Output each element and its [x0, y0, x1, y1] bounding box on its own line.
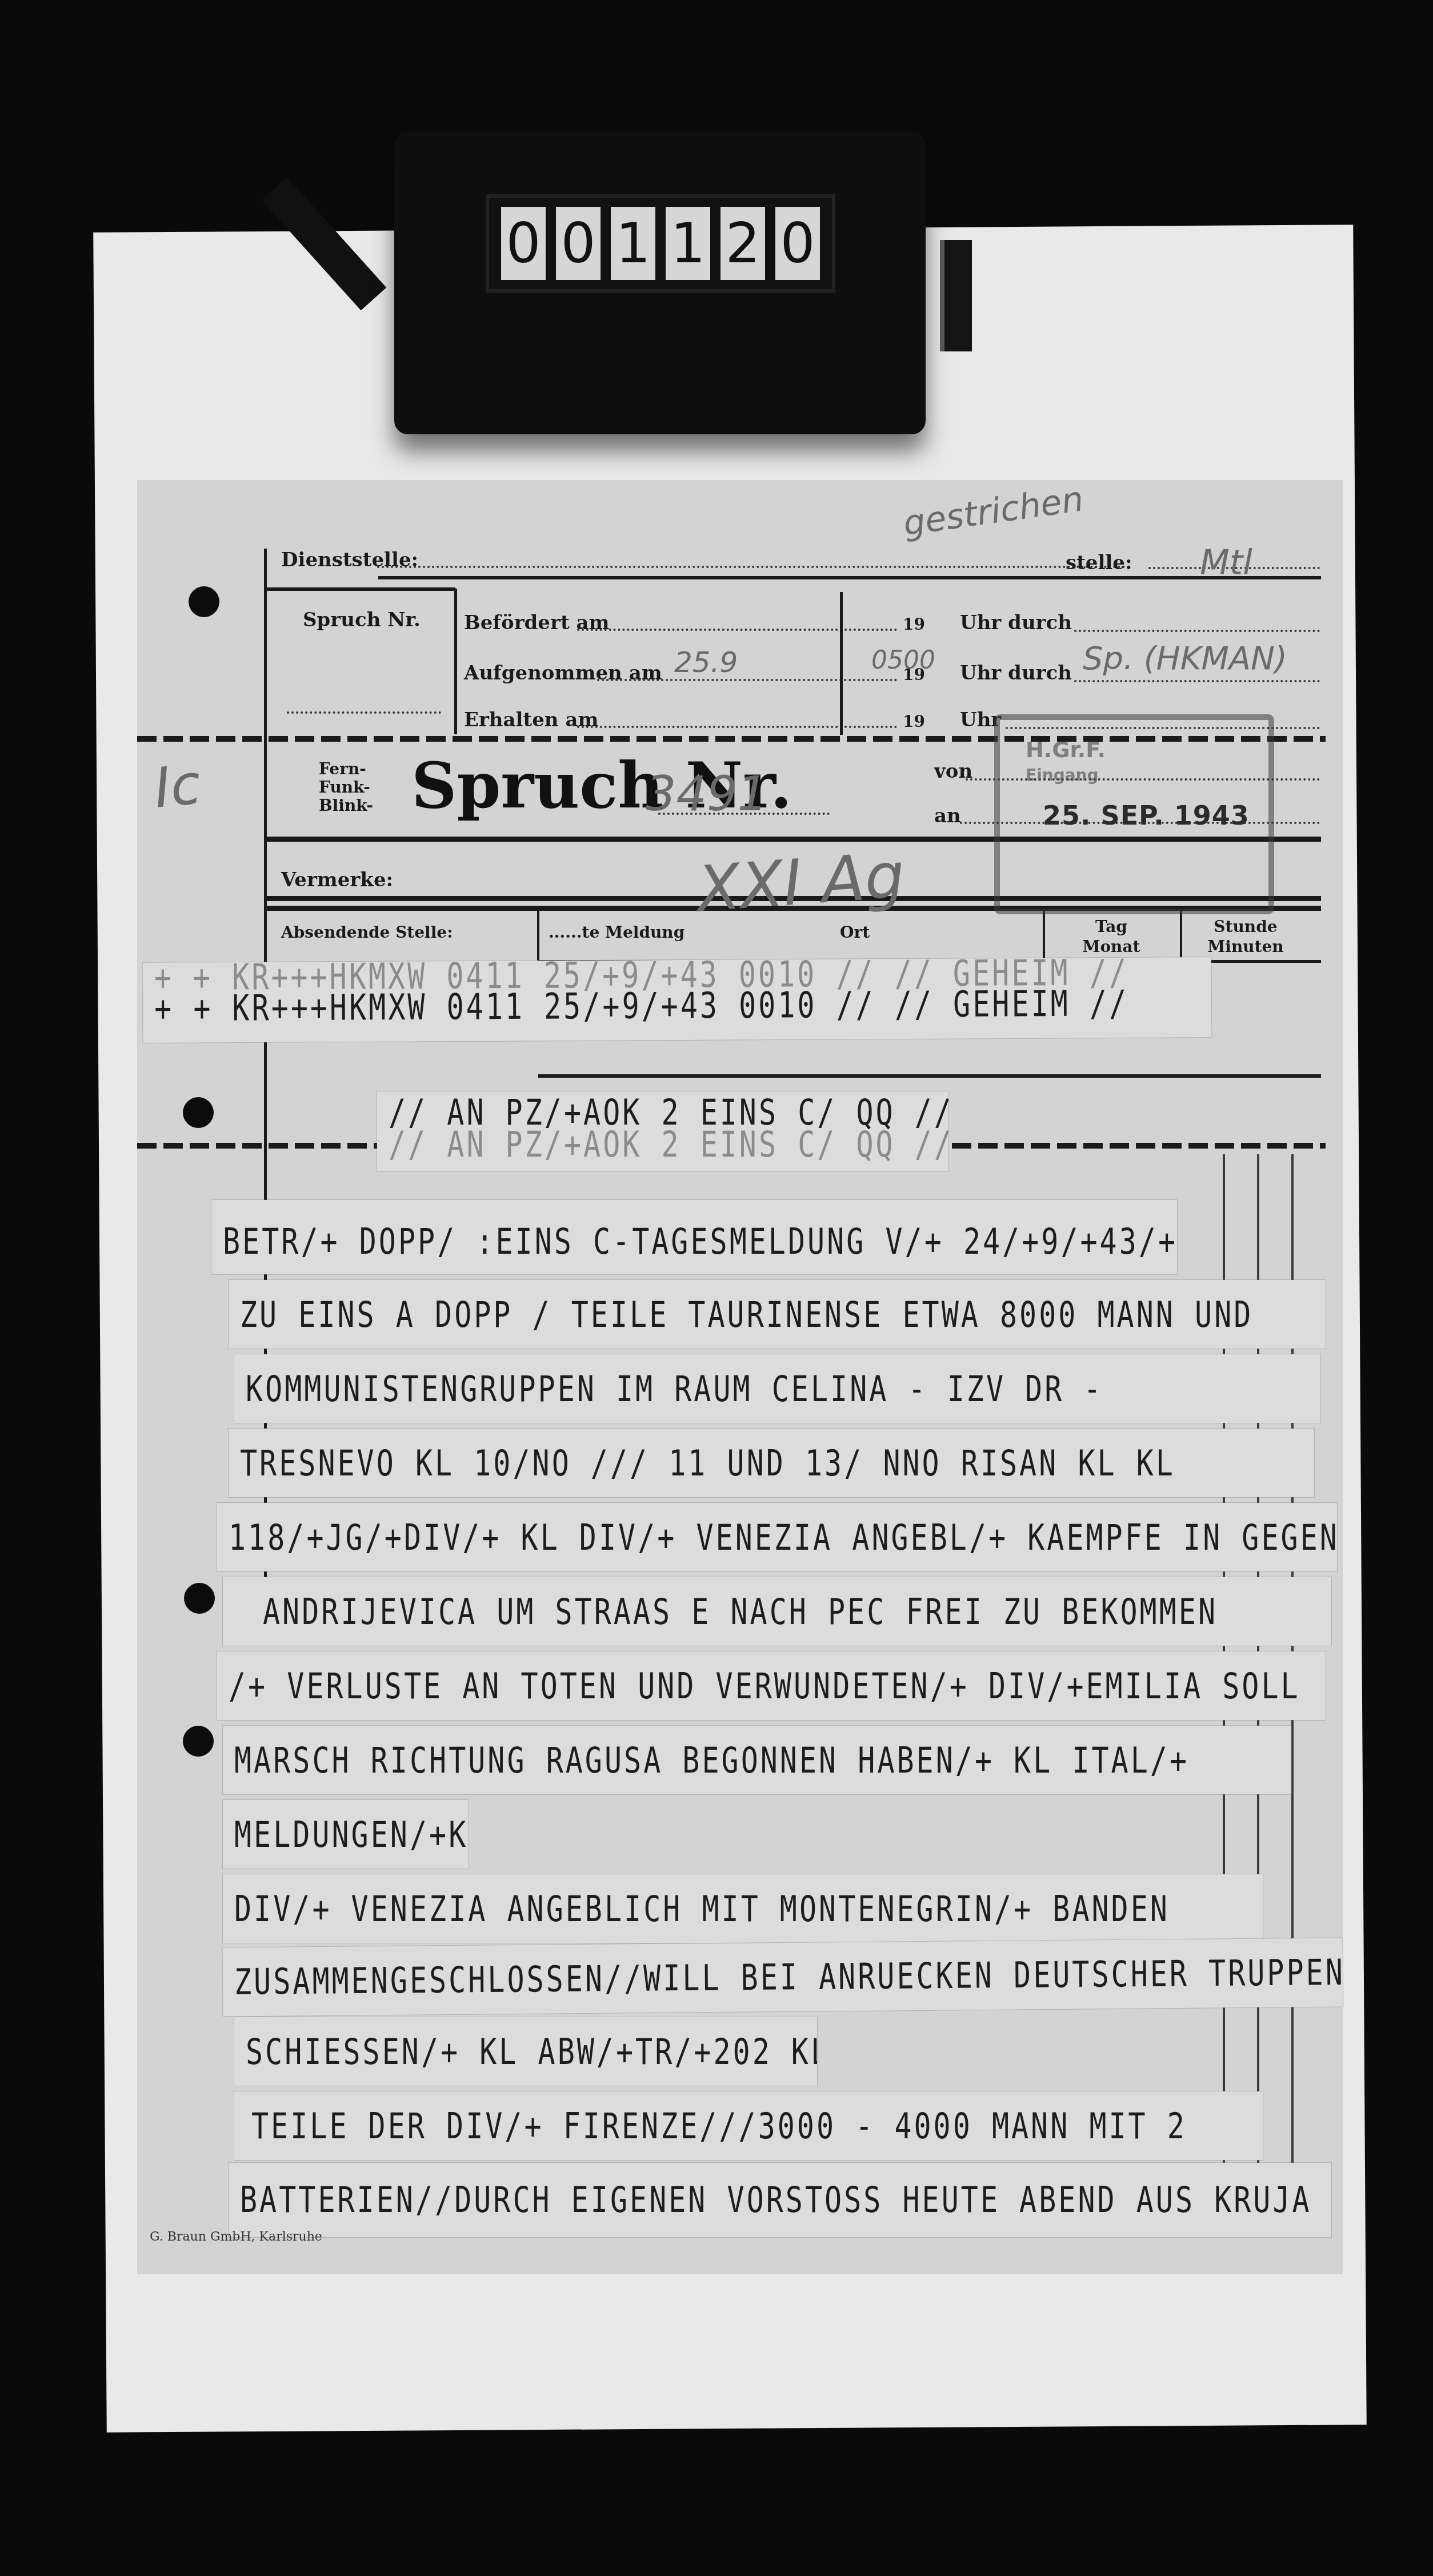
befoerdert-year: 19	[903, 615, 925, 634]
teletype-line-ghost: // AN PZ/+AOK 2 EINS C/ QQ // /	[389, 1123, 948, 1165]
erhalten-year: 19	[903, 712, 925, 731]
handwritten-stelle-note: gestrichen	[901, 479, 1086, 543]
handwritten-spruch-number: 3491	[646, 766, 768, 822]
teletype-tape-header: + + KR+++HKMXW 0411 25/+9/+43 0010 // //…	[143, 957, 1212, 1043]
teletype-tape: /+ VERLUSTE AN TOTEN UND VERWUNDETEN/+ D…	[217, 1651, 1326, 1720]
meldung-header: ......te Meldung	[549, 923, 685, 942]
counter-digit: 0	[501, 207, 546, 280]
uhr-divider	[840, 592, 843, 735]
counter-digit: 1	[611, 207, 655, 280]
funk-label: Funk-	[319, 778, 370, 797]
counter-digit: 1	[666, 207, 710, 280]
teletype-tape: DIV/+ VENEZIA ANGEBLICH MIT MONTENEGRIN/…	[223, 1874, 1263, 1943]
spruch-nr-box-label: Spruch Nr.	[303, 609, 421, 631]
stamp-faint-top: H.Gr.F.	[1026, 737, 1106, 762]
punch-hole	[183, 1097, 214, 1128]
teletype-tape: ANDRIJEVICA UM STRAAS E NACH PEC FREI ZU…	[223, 1577, 1331, 1646]
teletype-tape: BATTERIEN//DURCH EIGENEN VORSTOSS HEUTE …	[229, 2163, 1331, 2237]
punch-hole	[189, 586, 219, 617]
printer-imprint: G. Braun GmbH, Karlsruhe	[150, 2230, 322, 2244]
counter-lever	[940, 240, 972, 351]
erhalten-field[interactable]	[577, 726, 897, 728]
teletype-line: + + KR+++HKMXW 0411 25/+9/+43 0010 // //…	[154, 983, 1128, 1029]
stunde-header: Stunde	[1194, 917, 1297, 936]
teletype-tape: MELDUNGEN/+KL	[223, 1800, 469, 1869]
teletype-line: SCHIESSEN/+ KL ABW/+TR/+202 KL	[246, 2031, 817, 2073]
uhr-durch-field-1[interactable]	[1074, 630, 1320, 632]
teletype-tape: 118/+JG/+DIV/+ KL DIV/+ VENEZIA ANGEBL/+…	[217, 1503, 1337, 1571]
spruch-box-top	[264, 587, 455, 591]
teletype-line: DIV/+ VENEZIA ANGEBLICH MIT MONTENEGRIN/…	[234, 1888, 1170, 1930]
stamp-faint-middle: Eingang	[1026, 766, 1099, 785]
handwritten-time: 0500	[871, 646, 935, 675]
address-rule	[538, 1074, 1321, 1078]
monat-header: Monat	[1074, 937, 1148, 956]
handwritten-vermerke-note: XXI Ag	[695, 838, 907, 926]
teletype-line: TRESNEVO KL 10/NO /// 11 UND 13/ NNO RIS…	[240, 1442, 1175, 1484]
punch-hole	[184, 1583, 215, 1614]
teletype-line: BETR/+ DOPP/ :EINS C-TAGESMELDUNG V/+ 24…	[223, 1221, 1177, 1262]
handwritten-received-by: Sp. (HKMAN)	[1083, 640, 1287, 677]
vermerke-label: Vermerke:	[281, 869, 393, 891]
teletype-line: MARSCH RICHTUNG RAGUSA BEGONNEN HABEN/+ …	[234, 1739, 1189, 1781]
spruch-form: Dienststelle: stelle: Spruch Nr. Beförde…	[137, 480, 1343, 2274]
uhr-durch-label-1: Uhr durch	[960, 611, 1072, 634]
befoerdert-label: Befördert am	[464, 611, 609, 634]
frame-counter-display: 0 0 1 1 2 0	[486, 194, 835, 293]
header-rule	[378, 576, 1321, 579]
teletype-tape: TRESNEVO KL 10/NO /// 11 UND 13/ NNO RIS…	[229, 1429, 1314, 1497]
counter-digit: 0	[775, 207, 820, 280]
absendende-stelle-header: Absendende Stelle:	[281, 923, 453, 942]
handwritten-margin-note: Ic	[151, 752, 203, 821]
dienststelle-field[interactable]	[377, 566, 1126, 568]
teletype-line: KOMMUNISTENGRUPPEN IM RAUM CELINA - IZV …	[246, 1368, 1103, 1410]
teletype-tape: ZU EINS A DOPP / TEILE TAURINENSE ETWA 8…	[229, 1280, 1326, 1349]
blink-label: Blink-	[319, 797, 373, 815]
teletype-tape: SCHIESSEN/+ KL ABW/+TR/+202 KL	[234, 2017, 817, 2086]
counter-digit: 2	[720, 207, 765, 280]
teletype-tape: KOMMUNISTENGRUPPEN IM RAUM CELINA - IZV …	[234, 1354, 1320, 1423]
teletype-line: 118/+JG/+DIV/+ KL DIV/+ VENEZIA ANGEBL/+…	[229, 1517, 1337, 1558]
teletype-tape: TEILE DER DIV/+ FIRENZE///3000 - 4000 MA…	[234, 2091, 1263, 2160]
teletype-line: ANDRIJEVICA UM STRAAS E NACH PEC FREI ZU…	[263, 1591, 1218, 1633]
teletype-line: ZU EINS A DOPP / TEILE TAURINENSE ETWA 8…	[240, 1294, 1253, 1335]
aufgenommen-field[interactable]	[597, 679, 897, 681]
tag-header: Tag	[1074, 917, 1148, 936]
uhr-durch-field-2[interactable]	[1074, 680, 1320, 682]
left-border-rule	[264, 549, 267, 1577]
an-label: an	[934, 805, 961, 827]
teletype-tape: BETR/+ DOPP/ :EINS C-TAGESMELDUNG V/+ 24…	[211, 1200, 1177, 1274]
teletype-line: ZUSAMMENGESCHLOSSEN//WILL BEI ANRUECKEN …	[234, 1951, 1343, 2002]
spruch-nr-box-field[interactable]	[287, 711, 441, 714]
teletype-tape-address: // AN PZ/+AOK 2 EINS C/ QQ // / // AN PZ…	[377, 1091, 948, 1171]
teletype-line: /+ VERLUSTE AN TOTEN UND VERWUNDETEN/+ D…	[229, 1665, 1300, 1707]
punch-hole	[183, 1726, 214, 1757]
ort-header: Ort	[840, 923, 870, 942]
dienststelle-label: Dienststelle:	[281, 549, 418, 571]
handwritten-signature: Mtl	[1200, 543, 1252, 583]
teletype-line: MELDUNGEN/+KL	[234, 1814, 469, 1855]
fern-label: Fern-	[319, 760, 366, 778]
teletype-line: TEILE DER DIV/+ FIRENZE///3000 - 4000 MA…	[251, 2105, 1187, 2147]
uhr-durch-label-2: Uhr durch	[960, 662, 1072, 685]
stamp-date: 25. SEP. 1943	[1043, 800, 1250, 831]
counter-digit: 0	[556, 207, 601, 280]
teletype-tape: ZUSAMMENGESCHLOSSEN//WILL BEI ANRUECKEN …	[223, 1938, 1343, 2016]
teletype-tape: MARSCH RICHTUNG RAGUSA BEGONNEN HABEN/+ …	[223, 1726, 1291, 1794]
handwritten-aufgenommen-date: 25.9	[674, 646, 738, 679]
aufgenommen-label: Aufgenommen am	[464, 662, 662, 685]
spruch-box-right	[454, 589, 457, 734]
teletype-line: BATTERIEN//DURCH EIGENEN VORSTOSS HEUTE …	[240, 2179, 1312, 2221]
minuten-header: Minuten	[1194, 937, 1297, 956]
befoerdert-field[interactable]	[577, 629, 897, 631]
erhalten-label: Erhalten am	[464, 709, 598, 731]
stelle-label: stelle:	[1066, 551, 1132, 574]
